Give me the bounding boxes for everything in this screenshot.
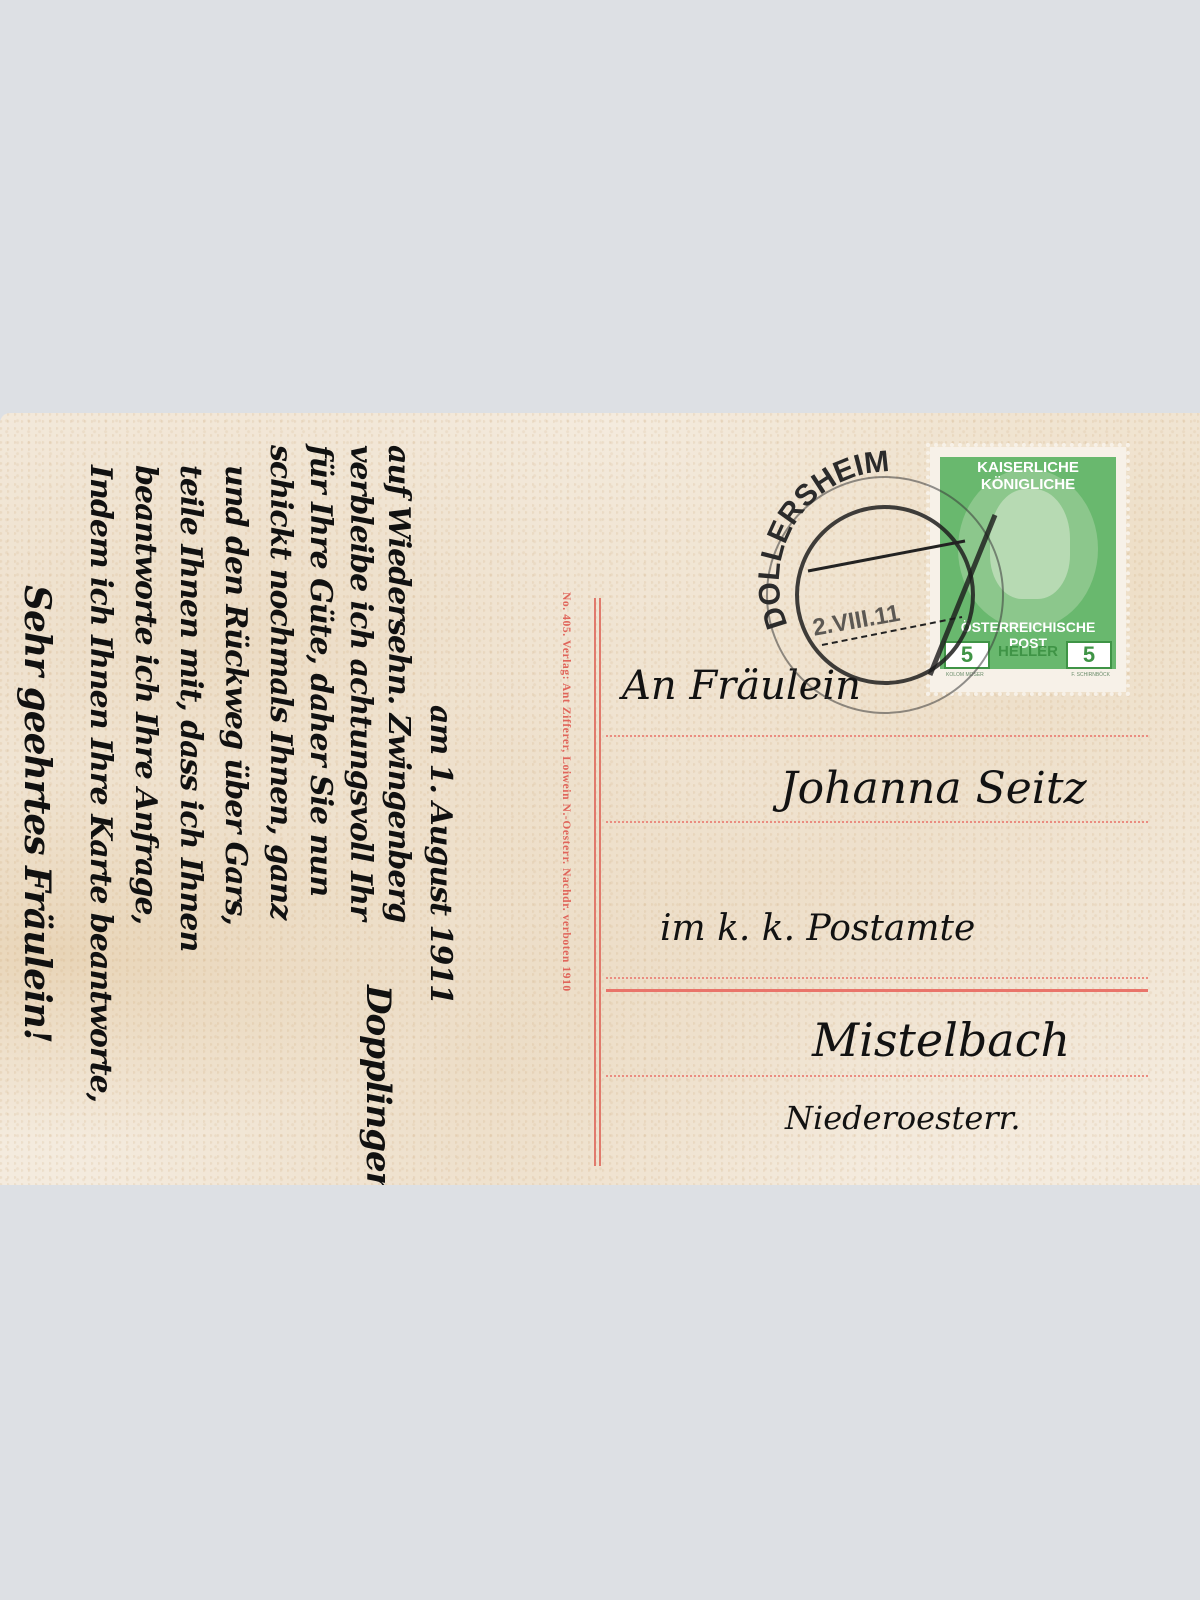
message-date: am 1. August 1911 [423, 705, 458, 1004]
postmark-town: DOLLERSHEIM [753, 445, 891, 633]
address-line-3: im k. k. Postamte [660, 908, 975, 949]
postage-stamp: KAISERLICHE KÖNIGLICHE ÖSTERREICHISCHE P… [930, 447, 1126, 692]
stamp-value-right: 5 [1066, 641, 1112, 669]
message-line: verbleibe ich achtungsvoll Ihr [343, 445, 378, 920]
address-rule-solid [606, 989, 1148, 992]
address-rule [606, 821, 1148, 823]
stamp-value-left: 5 [944, 641, 990, 669]
address-rule [606, 1075, 1148, 1077]
address-rule [606, 735, 1148, 737]
message-line: auf Wiedersehn. Zwingenberg [381, 445, 416, 922]
publisher-imprint: No. 405. Verlag: Ant Zifferer, Loiwein N… [548, 592, 578, 1152]
emperor-portrait [990, 489, 1070, 599]
message-line: schickt nochmals Ihnen, ganz [263, 445, 298, 919]
message-line: teile Ihnen mit, dass ich Ihnen [173, 465, 208, 951]
center-divider [594, 598, 603, 1166]
stamp-top-text: KAISERLICHE KÖNIGLICHE [940, 459, 1116, 493]
message-signature: Dopplinger [358, 985, 398, 1185]
stamp-engraver: F. SCHIRNBÖCK [1071, 672, 1110, 678]
address-recipient-name: Johanna Seitz [780, 763, 1087, 814]
stamp-design: KAISERLICHE KÖNIGLICHE ÖSTERREICHISCHE P… [940, 457, 1116, 669]
address-town: Mistelbach [812, 1013, 1070, 1067]
message-line: für Ihre Güte, daher Sie nun [303, 445, 338, 896]
message-line: Indem ich Ihnen Ihre Karte beantworte, [83, 465, 118, 1102]
message-line: und den Rückweg über Gars, [218, 465, 253, 925]
address-region: Niederoesterr. [785, 1099, 1021, 1137]
handwritten-message: Sehr geehrtes Fräulein! Indem ich Ihnen … [18, 425, 418, 1175]
imprint-text: No. 405. Verlag: Ant Zifferer, Loiwein N… [560, 592, 572, 992]
stamp-denomination: HELLER [996, 643, 1060, 660]
address-rule [606, 977, 1148, 979]
stamp-designer: KOLOM MOSER [946, 672, 984, 678]
message-salutation: Sehr geehrtes Fräulein! [16, 585, 58, 1043]
postcard-back: Sehr geehrtes Fräulein! Indem ich Ihnen … [0, 413, 1200, 1185]
message-line: beantworte ich Ihre Anfrage, [128, 465, 163, 924]
address-line-1: An Fräulein [622, 663, 861, 709]
postmark-date: 2.VIII.11 [811, 600, 902, 642]
